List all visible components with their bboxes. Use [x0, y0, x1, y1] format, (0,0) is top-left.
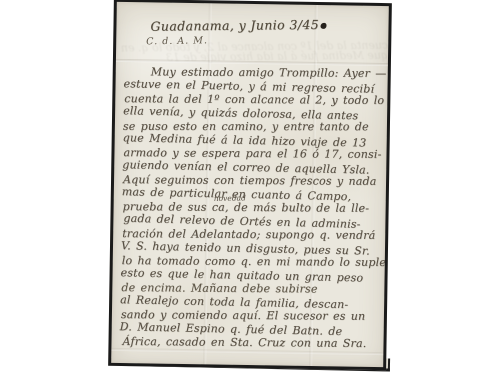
letter-photo: cuenta la del 1º con alcance al 2, y tod… [0, 0, 500, 374]
letter-paper: cuenta la del 1º con alcance al 2, y tod… [108, 0, 392, 370]
letter-reference: C. d. A. M. [146, 35, 208, 47]
letter-dateline: Guadanama, y Junio 3/45 [150, 17, 326, 34]
letter-body: Muy estimado amigo Trompillo: Ayer — est… [119, 64, 385, 352]
letter-line: África, casado en Sta. Cruz con una Sra. [122, 335, 384, 351]
ink-showthrough: que Medina fué á la ida hizo viaje de 13 [128, 49, 388, 65]
